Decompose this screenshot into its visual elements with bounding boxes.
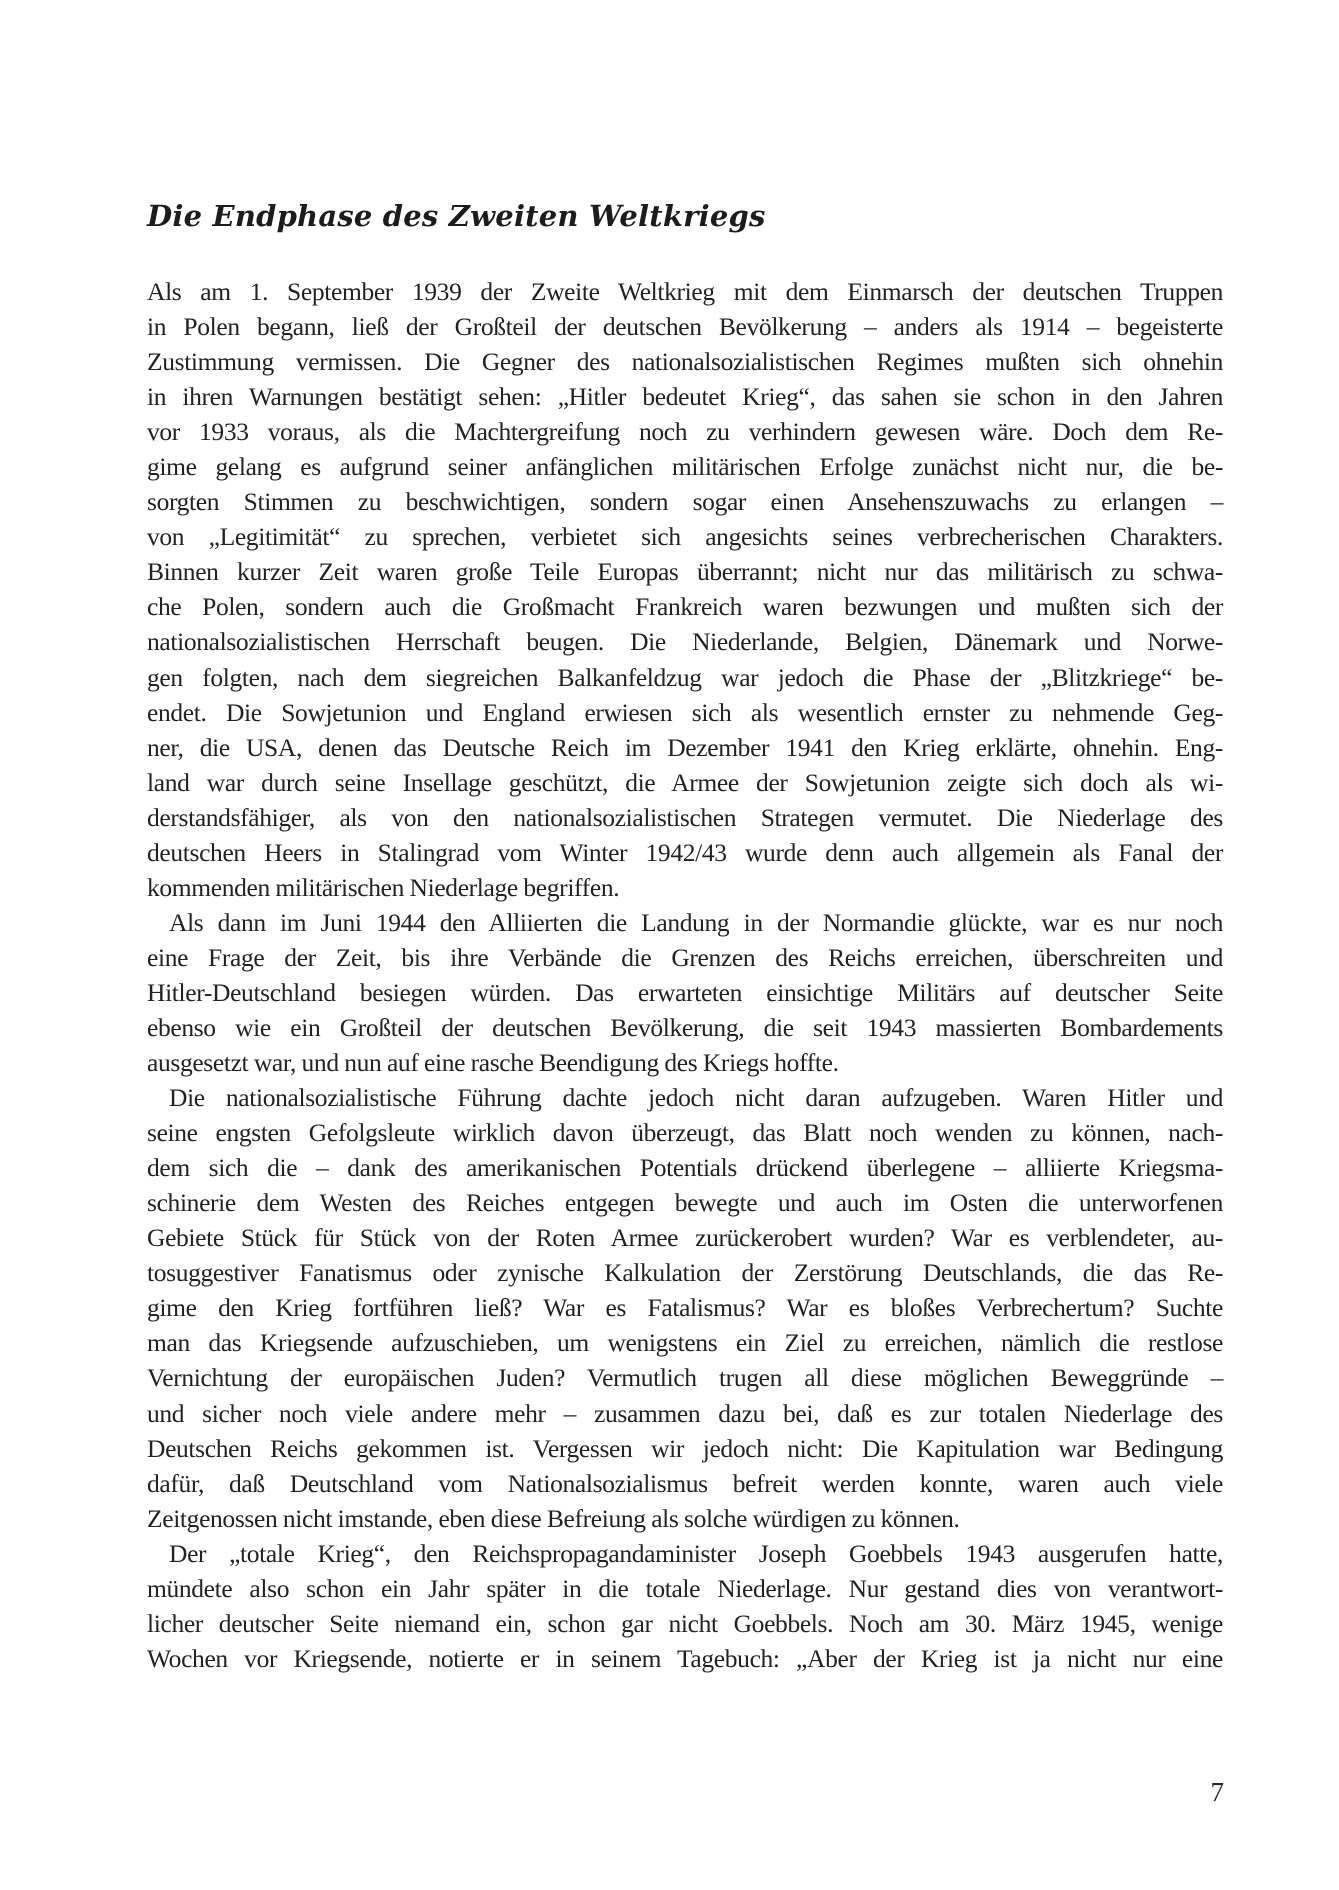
paragraph-1: Als am 1. September 1939 der Zweite Welt… [147,274,1223,905]
text-line: man das Kriegsende aufzuschieben, um wen… [147,1325,1223,1360]
text-line: schinerie dem Westen des Reiches entgege… [147,1185,1223,1220]
text-line: dafür, daß Deutschland vom Nationalsozia… [147,1466,1223,1501]
text-line: Gebiete Stück für Stück von der Roten Ar… [147,1220,1223,1255]
text-line: gen folgten, nach dem siegreichen Balkan… [147,660,1223,695]
body-text: Als am 1. September 1939 der Zweite Welt… [147,274,1223,1676]
paragraph-3: Die nationalsozialistische Führung dacht… [147,1080,1223,1536]
text-line: land war durch seine Insellage geschützt… [147,765,1223,800]
text-line: Hitler-Deutschland besiegen würden. Das … [147,975,1223,1010]
section-title: Die Endphase des Zweiten Weltkriegs [147,196,766,236]
page-number: 7 [1200,1776,1224,1808]
text-line: Als am 1. September 1939 der Zweite Welt… [147,274,1223,309]
text-line: licher deutscher Seite niemand ein, scho… [147,1606,1223,1641]
text-line: ner, die USA, denen das Deutsche Reich i… [147,730,1223,765]
text-line: Deutschen Reichs gekommen ist. Vergessen… [147,1431,1223,1466]
text-line: tosuggestiver Fanatismus oder zynische K… [147,1255,1223,1290]
text-line: endet. Die Sowjetunion und England erwie… [147,695,1223,730]
text-line: Wochen vor Kriegsende, notierte er in se… [147,1641,1223,1676]
text-line: gime den Krieg fortführen ließ? War es F… [147,1290,1223,1325]
text-line: deutschen Heers in Stalingrad vom Winter… [147,835,1223,870]
text-line: ebenso wie ein Großteil der deutschen Be… [147,1010,1223,1045]
text-line: nationalsozialistischen Herrschaft beuge… [147,624,1223,659]
text-line: Der „totale Krieg“, den Reichspropaganda… [147,1536,1223,1571]
text-line: Zustimmung vermissen. Die Gegner des nat… [147,344,1223,379]
text-line: eine Frage der Zeit, bis ihre Verbände d… [147,940,1223,975]
text-line: kommenden militärischen Niederlage begri… [147,870,1223,905]
text-line: Binnen kurzer Zeit waren große Teile Eur… [147,554,1223,589]
text-line: mündete also schon ein Jahr später in di… [147,1571,1223,1606]
text-line: sorgten Stimmen zu beschwichtigen, sonde… [147,484,1223,519]
text-line: in Polen begann, ließ der Großteil der d… [147,309,1223,344]
text-line: derstandsfähiger, als von den nationalso… [147,800,1223,835]
text-line: Als dann im Juni 1944 den Alliierten die… [147,905,1223,940]
text-line: che Polen, sondern auch die Großmacht Fr… [147,589,1223,624]
book-page: Die Endphase des Zweiten Weltkriegs Als … [0,0,1339,1890]
text-line: Die nationalsozialistische Führung dacht… [147,1080,1223,1115]
paragraph-2: Als dann im Juni 1944 den Alliierten die… [147,905,1223,1080]
paragraph-4: Der „totale Krieg“, den Reichspropaganda… [147,1536,1223,1676]
text-line: ausgesetzt war, und nun auf eine rasche … [147,1045,1223,1080]
text-line: in ihren Warnungen bestätigt sehen: „Hit… [147,379,1223,414]
text-line: gime gelang es aufgrund seiner anfänglic… [147,449,1223,484]
text-line: vor 1933 voraus, als die Machtergreifung… [147,414,1223,449]
text-line: und sicher noch viele andere mehr – zusa… [147,1396,1223,1431]
text-line: Zeitgenossen nicht imstande, eben diese … [147,1501,1223,1536]
text-line: Vernichtung der europäischen Juden? Verm… [147,1360,1223,1395]
text-line: seine engsten Gefolgsleute wirklich davo… [147,1115,1223,1150]
text-line: von „Legitimität“ zu sprechen, verbietet… [147,519,1223,554]
text-line: dem sich die – dank des amerikanischen P… [147,1150,1223,1185]
